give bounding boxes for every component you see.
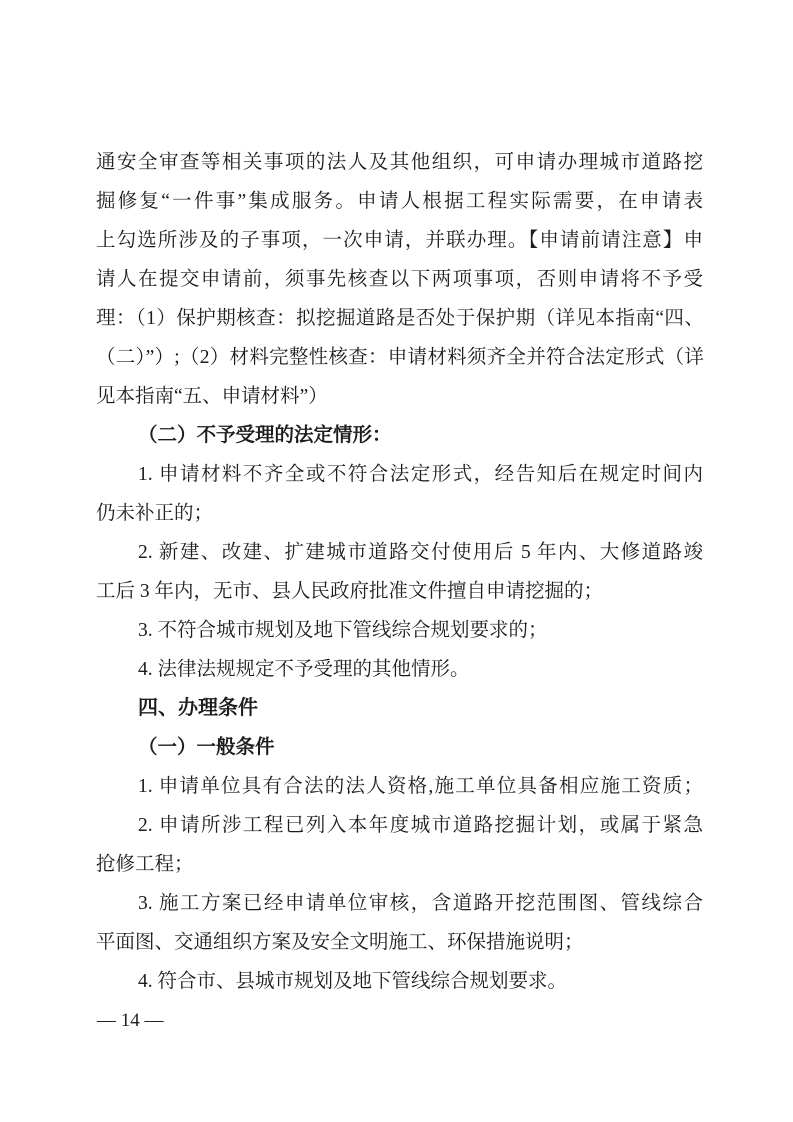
paragraph-line: 请人在提交申请前，须事先核查以下两项事项，否则申请将不予受: [96, 260, 703, 299]
subsection-heading-general-conditions: （一）一般条件: [96, 728, 703, 767]
paragraph-line: 上勾选所涉及的子事项，一次申请，并联办理。【申请前请注意】申: [96, 221, 703, 260]
document-page: 通安全审查等相关事项的法人及其他组织，可申请办理城市道路挖 掘修复“一件事”集成…: [0, 0, 793, 1122]
paragraph-line: 通安全审查等相关事项的法人及其他组织，可申请办理城市道路挖: [96, 143, 703, 182]
list-item: 1. 申请单位具有合法的法人资格,施工单位具备相应施工资质；: [96, 767, 703, 806]
paragraph-line: 掘修复“一件事”集成服务。申请人根据工程实际需要，在申请表: [96, 182, 703, 221]
paragraph-line: 理：（1）保护期核查：拟挖掘道路是否处于保护期（详见本指南“四、: [96, 299, 703, 338]
page-number: — 14 —: [97, 1010, 164, 1031]
subsection-heading-rejection-cases: （二）不予受理的法定情形：: [96, 416, 703, 455]
list-item: 3. 施工方案已经申请单位审核，含道路开挖范围图、管线综合: [96, 884, 703, 923]
list-item-continuation: 抢修工程；: [96, 845, 703, 884]
page-footer: — 14 —: [97, 1006, 164, 1036]
list-item: 2. 新建、改建、扩建城市道路交付使用后 5 年内、大修道路竣: [96, 533, 703, 572]
list-item-continuation: 平面图、交通组织方案及安全文明施工、环保措施说明；: [96, 923, 703, 962]
list-item: 1. 申请材料不齐全或不符合法定形式，经告知后在规定时间内: [96, 455, 703, 494]
paragraph-line: 见本指南“五、申请材料”）: [96, 377, 703, 416]
list-item-continuation: 仍未补正的；: [96, 494, 703, 533]
document-body: 通安全审查等相关事项的法人及其他组织，可申请办理城市道路挖 掘修复“一件事”集成…: [96, 143, 703, 1001]
list-item: 4. 法律法规规定不予受理的其他情形。: [96, 650, 703, 689]
list-item: 3. 不符合城市规划及地下管线综合规划要求的；: [96, 611, 703, 650]
section-heading-handling-conditions: 四、办理条件: [96, 689, 703, 728]
list-item: 4. 符合市、县城市规划及地下管线综合规划要求。: [96, 962, 703, 1001]
list-item: 2. 申请所涉工程已列入本年度城市道路挖掘计划，或属于紧急: [96, 806, 703, 845]
paragraph-line: （二）”）;（2）材料完整性核查：申请材料须齐全并符合法定形式（详: [96, 338, 703, 377]
list-item-continuation: 工后 3 年内，无市、县人民政府批准文件擅自申请挖掘的；: [96, 572, 703, 611]
